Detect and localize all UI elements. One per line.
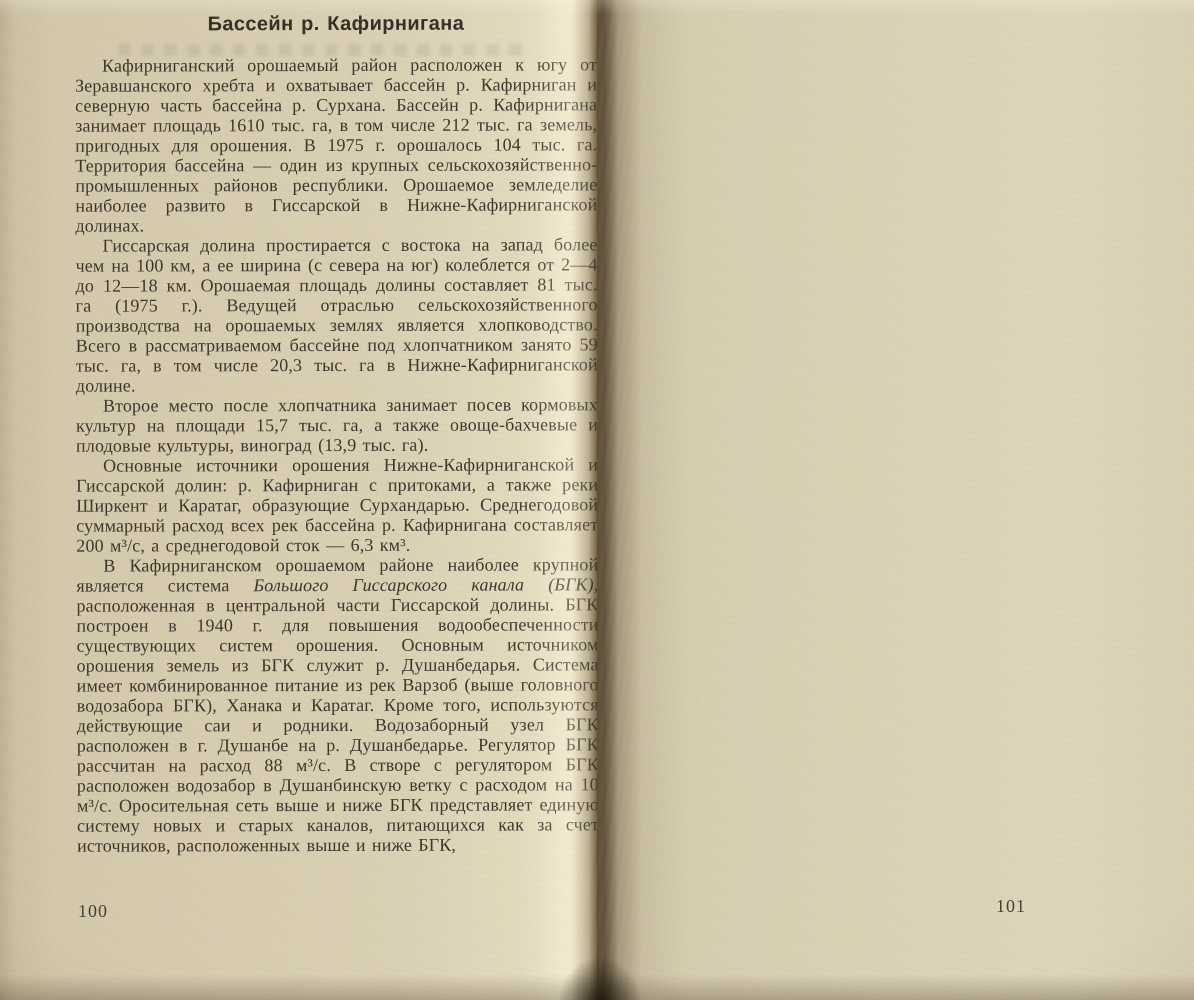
section-heading: Бассейн р. Кафирнигана <box>75 13 597 34</box>
paragraph: Гиссарская долина простирается с востока… <box>75 234 597 395</box>
page-number-left: 100 <box>78 901 108 922</box>
paragraph: Кафирниганский орошаемый район расположе… <box>75 54 597 235</box>
page-number-right: 101 <box>996 896 1026 917</box>
paragraph: Второе место после хлопчатника занимает … <box>76 394 598 455</box>
paragraph: Основные источники орошения Нижне-Кафирн… <box>76 454 598 555</box>
right-page: так и из БГК. Из БГК подпитывается р. Ка… <box>597 0 1194 1000</box>
left-page-paragraphs: Кафирниганский орошаемый район расположе… <box>75 54 599 855</box>
book-spread: Бассейн р. Кафирнигана Кафирниганский ор… <box>0 0 1194 1000</box>
left-page: Бассейн р. Кафирнигана Кафирниганский ор… <box>0 0 597 1000</box>
left-page-text: Бассейн р. Кафирнигана Кафирниганский ор… <box>75 13 599 855</box>
paragraph: В Кафирниганском орошаемом районе наибол… <box>76 554 599 855</box>
